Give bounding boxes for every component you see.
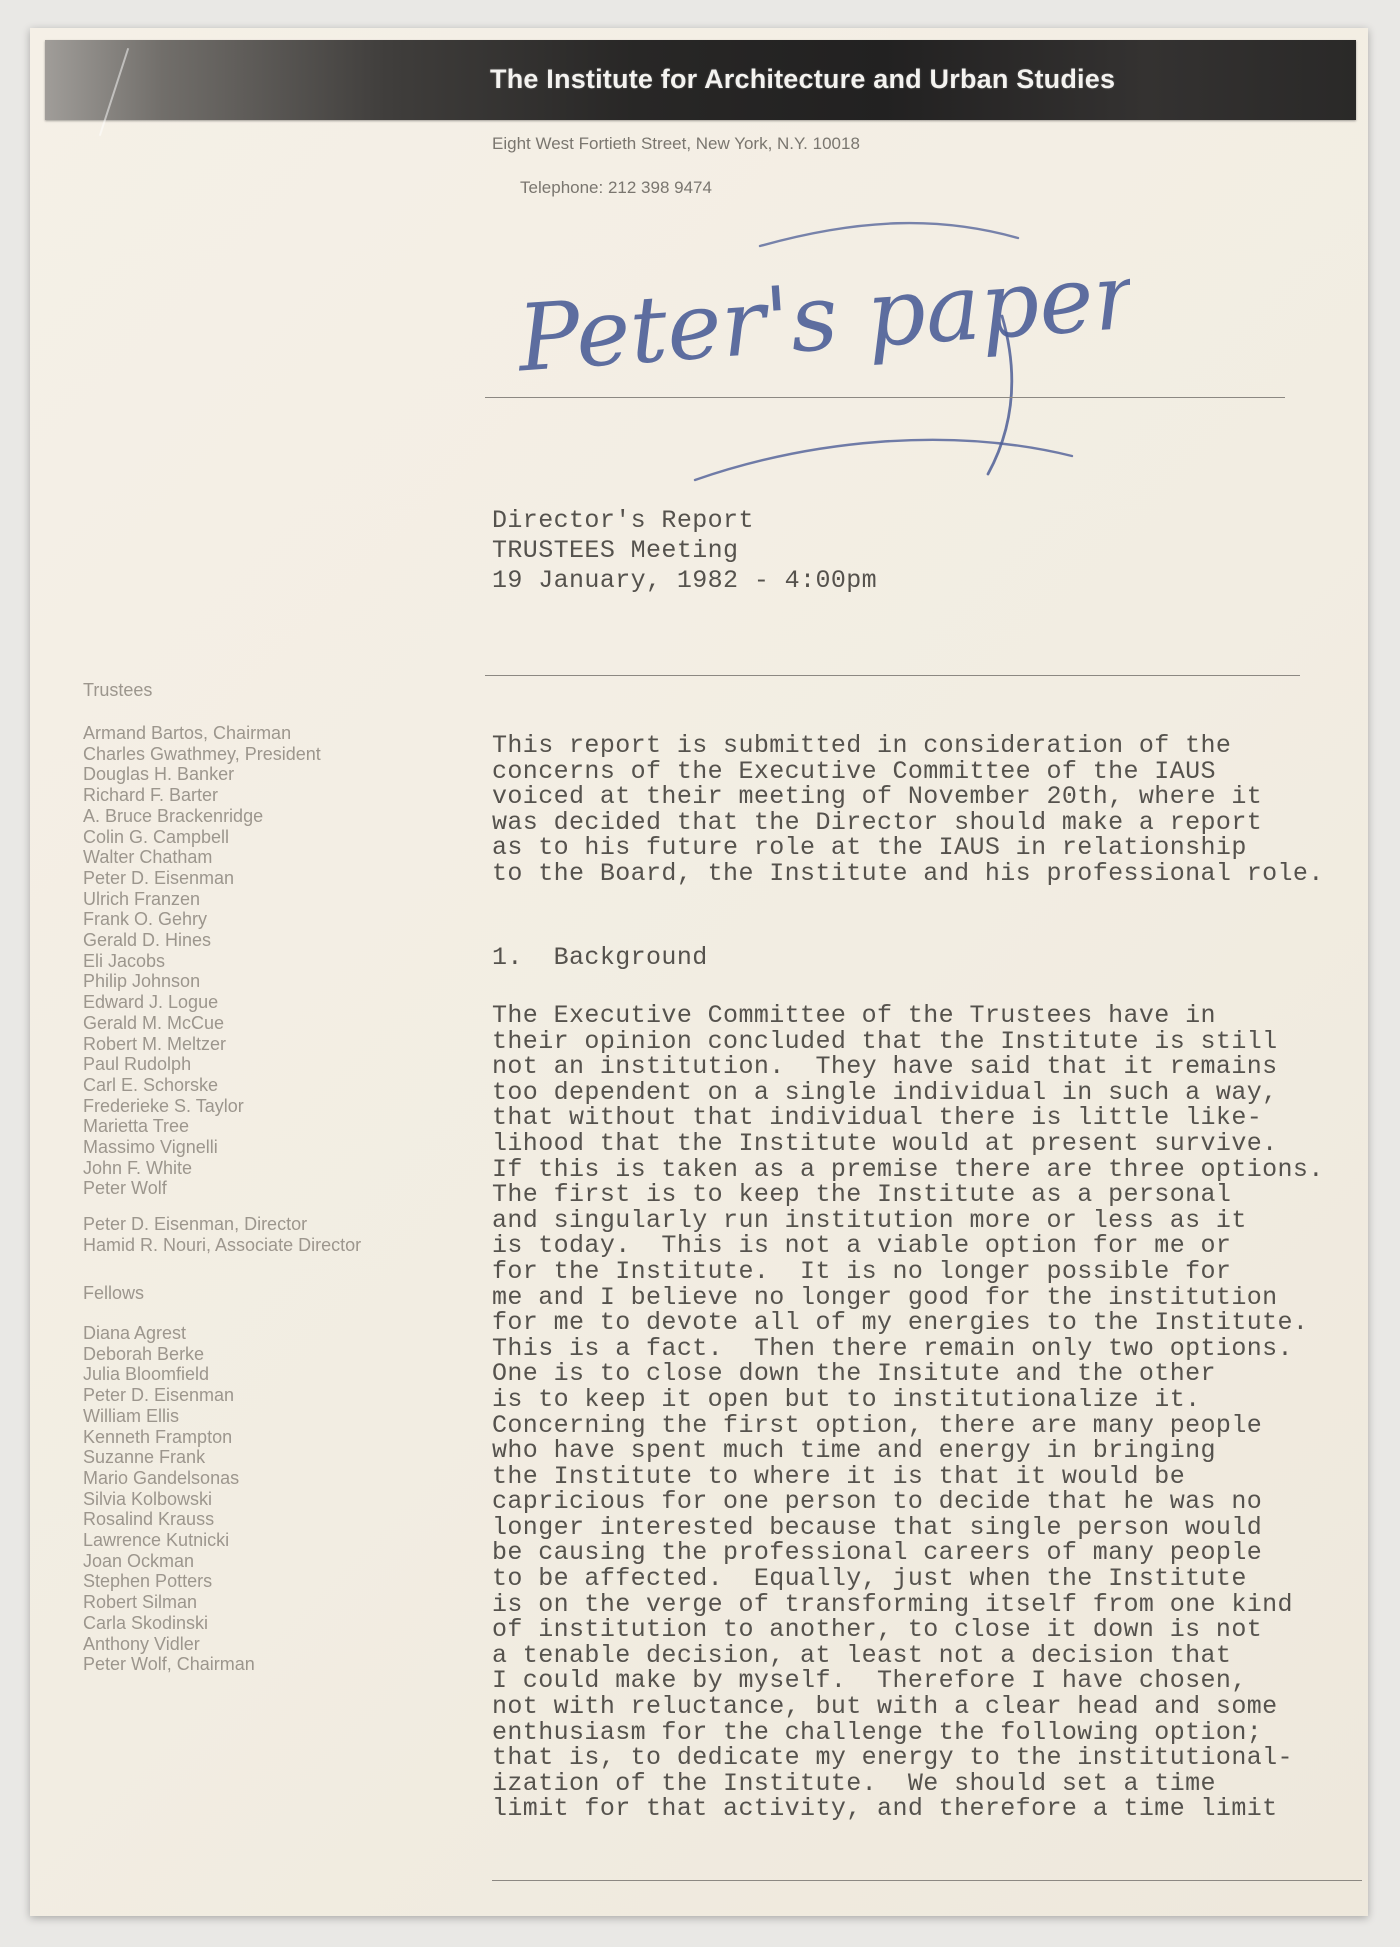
- trustees-label: Trustees: [83, 680, 152, 701]
- fellow-list-item: Peter Wolf, Chairman: [83, 1654, 255, 1675]
- divider-rule-bottom: [492, 1880, 1362, 1881]
- letterhead-banner: The Institute for Architecture and Urban…: [45, 40, 1356, 120]
- fellow-list-item: Peter D. Eisenman: [83, 1385, 255, 1406]
- letterhead-address: Eight West Fortieth Street, New York, N.…: [492, 133, 860, 221]
- fellows-label: Fellows: [83, 1283, 144, 1304]
- trustee-list-item: John F. White: [83, 1158, 321, 1179]
- fellow-list-item: Joan Ockman: [83, 1551, 255, 1572]
- handwriting-underline-sweep: [695, 440, 1072, 480]
- fellow-list-item: Deborah Berke: [83, 1344, 255, 1365]
- trustees-list: Armand Bartos, ChairmanCharles Gwathmey,…: [83, 723, 321, 1199]
- fellow-list-item: Mario Gandelsonas: [83, 1468, 255, 1489]
- trustee-list-item: Robert M. Meltzer: [83, 1034, 321, 1055]
- letter-paper: The Institute for Architecture and Urban…: [30, 28, 1368, 1916]
- handwriting-tbar-flourish: [760, 223, 1018, 246]
- address-street: Eight West Fortieth Street, New York, N.…: [492, 134, 860, 153]
- organization-name: The Institute for Architecture and Urban…: [490, 40, 1115, 120]
- trustee-list-item: Gerald M. McCue: [83, 1013, 321, 1034]
- fellow-list-item: Carla Skodinski: [83, 1613, 255, 1634]
- fellow-list-item: Silvia Kolbowski: [83, 1489, 255, 1510]
- divider-rule-middle: [485, 675, 1300, 676]
- address-telephone: Telephone: 212 398 9474: [520, 178, 712, 197]
- fellow-list-item: Suzanne Frank: [83, 1447, 255, 1468]
- trustee-list-item: Frederieke S. Taylor: [83, 1096, 321, 1117]
- trustee-list-item: Marietta Tree: [83, 1116, 321, 1137]
- fellow-list-item: William Ellis: [83, 1406, 255, 1427]
- section-heading-background: 1. Background: [492, 945, 708, 971]
- trustee-list-item: Peter Wolf: [83, 1178, 321, 1199]
- trustee-list-item: Armand Bartos, Chairman: [83, 723, 321, 744]
- officers-list: Peter D. Eisenman, DirectorHamid R. Nour…: [83, 1214, 361, 1255]
- trustee-list-item: Richard F. Barter: [83, 785, 321, 806]
- paper-crease: [99, 48, 129, 136]
- fellows-list: Diana AgrestDeborah BerkeJulia Bloomfiel…: [83, 1323, 255, 1675]
- trustee-list-item: Philip Johnson: [83, 971, 321, 992]
- officer-list-item: Hamid R. Nouri, Associate Director: [83, 1235, 361, 1256]
- trustee-list-item: Paul Rudolph: [83, 1054, 321, 1075]
- fellow-list-item: Julia Bloomfield: [83, 1364, 255, 1385]
- fellow-list-item: Rosalind Krauss: [83, 1509, 255, 1530]
- fellow-list-item: Robert Silman: [83, 1592, 255, 1613]
- fellow-list-item: Lawrence Kutnicki: [83, 1530, 255, 1551]
- fellow-list-item: Anthony Vidler: [83, 1634, 255, 1655]
- trustee-list-item: Charles Gwathmey, President: [83, 744, 321, 765]
- trustee-list-item: Eli Jacobs: [83, 951, 321, 972]
- officer-list-item: Peter D. Eisenman, Director: [83, 1214, 361, 1235]
- document-heading: Director's Report TRUSTEES Meeting 19 Ja…: [492, 506, 877, 596]
- fellow-list-item: Stephen Potters: [83, 1571, 255, 1592]
- handwritten-note-text: Peter's paper: [512, 242, 1130, 393]
- trustee-list-item: Gerald D. Hines: [83, 930, 321, 951]
- trustee-list-item: Carl E. Schorske: [83, 1075, 321, 1096]
- divider-rule-top: [485, 397, 1285, 398]
- trustee-list-item: Peter D. Eisenman: [83, 868, 321, 889]
- trustee-list-item: Douglas H. Banker: [83, 764, 321, 785]
- trustee-list-item: Massimo Vignelli: [83, 1137, 321, 1158]
- trustee-list-item: Ulrich Franzen: [83, 889, 321, 910]
- scanned-page-background: The Institute for Architecture and Urban…: [0, 0, 1400, 1947]
- trustee-list-item: Colin G. Campbell: [83, 827, 321, 848]
- trustee-list-item: Walter Chatham: [83, 847, 321, 868]
- trustee-list-item: Edward J. Logue: [83, 992, 321, 1013]
- intro-paragraph: This report is submitted in consideratio…: [492, 733, 1324, 887]
- trustee-list-item: Frank O. Gehry: [83, 909, 321, 930]
- handwriting-descender-stroke: [988, 316, 1012, 474]
- fellow-list-item: Kenneth Frampton: [83, 1427, 255, 1448]
- background-paragraph: The Executive Committee of the Trustees …: [492, 1003, 1324, 1822]
- trustee-list-item: A. Bruce Brackenridge: [83, 806, 321, 827]
- fellow-list-item: Diana Agrest: [83, 1323, 255, 1344]
